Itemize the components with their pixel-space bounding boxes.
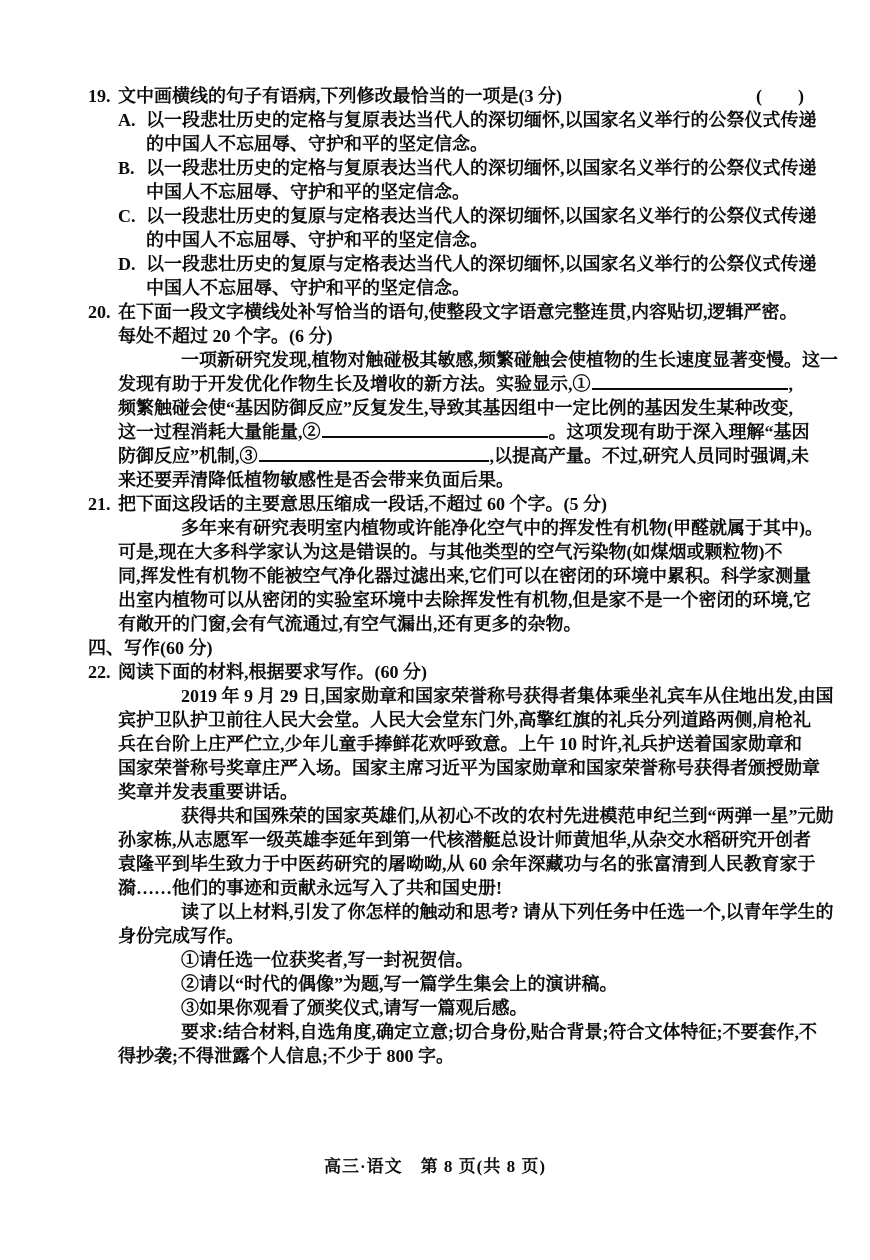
body-text: 频繁触碰会使“基因防御反应”反复发生,导致其基因组中一定比例的基因发生某种改变, (118, 398, 793, 418)
q20-number: 20. (88, 300, 118, 324)
option-text: 的中国人不忘屈辱、守护和平的坚定信念。 (146, 134, 488, 154)
body-text: 多年来有研究表明室内植物或许能净化空气中的挥发性有机物(甲醛就属于其中)。 (181, 518, 823, 538)
body-text: 这一过程消耗大量能量,② (118, 422, 321, 442)
fill-blank-3 (259, 445, 489, 462)
body-text: ,以提高产量。不过,研究人员同时强调,未 (490, 446, 810, 466)
section-writing-heading: 四、写作(60 分) (88, 636, 806, 660)
body-text: 。这项发现有助于深入理解“基因 (549, 422, 810, 442)
q20-body-line1: 一项新研究发现,植物对触碰极其敏感,频繁碰触会使植物的生长速度显著变慢。这一 (88, 348, 806, 372)
body-text: 防御反应”机制,③ (118, 446, 258, 466)
option-label-c: C. (118, 204, 146, 228)
q21-number: 21. (88, 492, 118, 516)
q20-body-line2: 发现有助于开发优化作物生长及增收的新方法。实验显示,①, (88, 372, 806, 396)
q21-body-line5: 有敞开的门窗,会有气流通过,有空气漏出,还有更多的杂物。 (88, 612, 806, 636)
q20-stem: 在下面一段文字横线处补写恰当的语句,使整段文字语意完整连贯,内容贴切,逻辑严密。 (118, 302, 798, 322)
q22-para3-line2: 身份完成写作。 (88, 924, 806, 948)
exam-paper-page: 19.文中画横线的句子有语病,下列修改最恰当的一项是(3 分) ( ) A.以一… (0, 0, 870, 1260)
option-text: 以一段悲壮历史的复原与定格表达当代人的深切缅怀,以国家名义举行的公祭仪式传递 (146, 206, 817, 226)
q19-option-d-line1: D.以一段悲壮历史的复原与定格表达当代人的深切缅怀,以国家名义举行的公祭仪式传递 (88, 252, 806, 276)
body-text: 同,挥发性有机物不能被空气净化器过滤出来,它们可以在密闭的环境中累积。科学家测量 (118, 566, 811, 586)
q19-option-c-line1: C.以一段悲壮历史的复原与定格表达当代人的深切缅怀,以国家名义举行的公祭仪式传递 (88, 204, 806, 228)
option-text: 中国人不忘屈辱、守护和平的坚定信念。 (146, 278, 470, 298)
footer-text: 高三·语文 第 8 页(共 8 页) (324, 1157, 546, 1176)
body-text: 宾护卫队护卫前往人民大会堂。人民大会堂东门外,高擎红旗的礼兵分列道路两侧,肩枪礼 (118, 710, 811, 730)
body-text: 袁隆平到毕生致力于中医药研究的屠呦呦,从 60 余年深藏功与名的张富清到人民教育… (118, 854, 816, 874)
page-footer: 高三·语文 第 8 页(共 8 页) (0, 1152, 870, 1177)
q21-body-line4: 出室内植物可以从密闭的实验室环境中去除挥发性有机物,但是家不是一个密闭的环境,它 (88, 588, 806, 612)
q21-body-line2: 可是,现在大多科学家认为这是错误的。与其他类型的空气污染物(如煤烟或颗粒物)不 (88, 540, 806, 564)
q22-task1-line: ①请任选一位获奖者,写一封祝贺信。 (88, 948, 806, 972)
q22-para2-line4: 漪……他们的事迹和贡献永远写入了共和国史册! (88, 876, 806, 900)
q21-body-line3: 同,挥发性有机物不能被空气净化器过滤出来,它们可以在密闭的环境中累积。科学家测量 (88, 564, 806, 588)
q22-para1-line4: 国家荣誉称号奖章庄严入场。国家主席习近平为国家勋章和国家荣誉称号获得者颁授勋章 (88, 756, 806, 780)
q19-option-c-line2: 的中国人不忘屈辱、守护和平的坚定信念。 (88, 228, 806, 252)
q20-body-line6: 来还要弄清降低植物敏感性是否会带来负面后果。 (88, 468, 806, 492)
q21-stem: 把下面这段话的主要意思压缩成一段话,不超过 60 个字。(5 分) (118, 494, 607, 514)
requirements-text: 得抄袭;不得泄露个人信息;不少于 800 字。 (118, 1046, 454, 1066)
q22-task3-line: ③如果你观看了颁奖仪式,请写一篇观后感。 (88, 996, 806, 1020)
option-label-b: B. (118, 156, 146, 180)
q19-stem: 文中画横线的句子有语病,下列修改最恰当的一项是(3 分) (118, 86, 562, 106)
q22-stem: 阅读下面的材料,根据要求写作。(60 分) (118, 662, 427, 682)
q22-para1-line2: 宾护卫队护卫前往人民大会堂。人民大会堂东门外,高擎红旗的礼兵分列道路两侧,肩枪礼 (88, 708, 806, 732)
body-text: 2019 年 9 月 29 日,国家勋章和国家荣誉称号获得者集体乘坐礼宾车从住地… (181, 686, 834, 706)
body-text: 有敞开的门窗,会有气流通过,有空气漏出,还有更多的杂物。 (118, 614, 582, 634)
q20-stem-line1: 20.在下面一段文字横线处补写恰当的语句,使整段文字语意完整连贯,内容贴切,逻辑… (88, 300, 806, 324)
q22-task2-line: ②请以“时代的偶像”为题,写一篇学生集会上的演讲稿。 (88, 972, 806, 996)
body-text: 奖章并发表重要讲话。 (118, 782, 298, 802)
body-text: 可是,现在大多科学家认为这是错误的。与其他类型的空气污染物(如煤烟或颗粒物)不 (118, 542, 783, 562)
exam-content: 19.文中画横线的句子有语病,下列修改最恰当的一项是(3 分) ( ) A.以一… (88, 84, 806, 1068)
task-text: ③如果你观看了颁奖仪式,请写一篇观后感。 (181, 998, 528, 1018)
q22-requirements-line2: 得抄袭;不得泄露个人信息;不少于 800 字。 (88, 1044, 806, 1068)
q22-para1-line5: 奖章并发表重要讲话。 (88, 780, 806, 804)
q22-para3-line1: 读了以上材料,引发了你怎样的触动和思考? 请从下列任务中任选一个,以青年学生的 (88, 900, 806, 924)
requirements-text: 要求:结合材料,自选角度,确定立意;切合身份,贴合背景;符合文体特征;不要套作,… (181, 1022, 817, 1042)
q22-para2-line1: 获得共和国殊荣的国家英雄们,从初心不改的农村先进模范申纪兰到“两弹一星”元勋 (88, 804, 806, 828)
section-heading-text: 四、写作(60 分) (88, 636, 213, 660)
option-text: 以一段悲壮历史的复原与定格表达当代人的深切缅怀,以国家名义举行的公祭仪式传递 (146, 254, 817, 274)
q19-option-a-line2: 的中国人不忘屈辱、守护和平的坚定信念。 (88, 132, 806, 156)
q20-body-line3: 频繁触碰会使“基因防御反应”反复发生,导致其基因组中一定比例的基因发生某种改变, (88, 396, 806, 420)
q19-option-b-line1: B.以一段悲壮历史的定格与复原表达当代人的深切缅怀,以国家名义举行的公祭仪式传递 (88, 156, 806, 180)
body-text: 兵在台阶上庄严伫立,少年儿童手捧鲜花欢呼致意。上午 10 时许,礼兵护送着国家勋… (118, 734, 802, 754)
body-text: 读了以上材料,引发了你怎样的触动和思考? 请从下列任务中任选一个,以青年学生的 (181, 902, 834, 922)
q21-body-line1: 多年来有研究表明室内植物或许能净化空气中的挥发性有机物(甲醛就属于其中)。 (88, 516, 806, 540)
q19-option-b-line2: 中国人不忘屈辱、守护和平的坚定信念。 (88, 180, 806, 204)
task-text: ①请任选一位获奖者,写一封祝贺信。 (181, 950, 474, 970)
body-text: 身份完成写作。 (118, 926, 244, 946)
q20-body-line5: 防御反应”机制,③,以提高产量。不过,研究人员同时强调,未 (88, 444, 806, 468)
body-text: 孙家栋,从志愿军一级英雄李延年到第一代核潜艇总设计师黄旭华,从杂交水稻研究开创者 (118, 830, 811, 850)
q22-stem-line: 22.阅读下面的材料,根据要求写作。(60 分) (88, 660, 806, 684)
q22-para2-line3: 袁隆平到毕生致力于中医药研究的屠呦呦,从 60 余年深藏功与名的张富清到人民教育… (88, 852, 806, 876)
q20-stem-line2: 每处不超过 20 个字。(6 分) (88, 324, 806, 348)
option-text: 中国人不忘屈辱、守护和平的坚定信念。 (146, 182, 470, 202)
body-text: 获得共和国殊荣的国家英雄们,从初心不改的农村先进模范申纪兰到“两弹一星”元勋 (181, 806, 834, 826)
q22-para1-line3: 兵在台阶上庄严伫立,少年儿童手捧鲜花欢呼致意。上午 10 时许,礼兵护送着国家勋… (88, 732, 806, 756)
body-text: 发现有助于开发优化作物生长及增收的新方法。实验显示,① (118, 374, 591, 394)
q19-number: 19. (88, 84, 118, 108)
q22-para2-line2: 孙家栋,从志愿军一级英雄李延年到第一代核潜艇总设计师黄旭华,从杂交水稻研究开创者 (88, 828, 806, 852)
option-text: 以一段悲壮历史的定格与复原表达当代人的深切缅怀,以国家名义举行的公祭仪式传递 (146, 158, 817, 178)
q21-stem-line: 21.把下面这段话的主要意思压缩成一段话,不超过 60 个字。(5 分) (88, 492, 806, 516)
option-text: 以一段悲壮历史的定格与复原表达当代人的深切缅怀,以国家名义举行的公祭仪式传递 (146, 110, 817, 130)
option-text: 的中国人不忘屈辱、守护和平的坚定信念。 (146, 230, 488, 250)
q22-para1-line1: 2019 年 9 月 29 日,国家勋章和国家荣誉称号获得者集体乘坐礼宾车从住地… (88, 684, 806, 708)
q20-stem-cont: 每处不超过 20 个字。(6 分) (118, 326, 333, 346)
q19-stem-line: 19.文中画横线的句子有语病,下列修改最恰当的一项是(3 分) ( ) (88, 84, 806, 108)
body-text: 来还要弄清降低植物敏感性是否会带来负面后果。 (118, 470, 514, 490)
body-text: 一项新研究发现,植物对触碰极其敏感,频繁碰触会使植物的生长速度显著变慢。这一 (181, 350, 838, 370)
option-label-a: A. (118, 108, 146, 132)
body-text: , (789, 374, 794, 394)
q22-number: 22. (88, 660, 118, 684)
q22-requirements-line1: 要求:结合材料,自选角度,确定立意;切合身份,贴合背景;符合文体特征;不要套作,… (88, 1020, 806, 1044)
q19-option-a-line1: A.以一段悲壮历史的定格与复原表达当代人的深切缅怀,以国家名义举行的公祭仪式传递 (88, 108, 806, 132)
fill-blank-2 (322, 421, 548, 438)
option-label-d: D. (118, 252, 146, 276)
body-text: 出室内植物可以从密闭的实验室环境中去除挥发性有机物,但是家不是一个密闭的环境,它 (118, 590, 811, 610)
body-text: 漪……他们的事迹和贡献永远写入了共和国史册! (118, 878, 502, 898)
q20-body-line4: 这一过程消耗大量能量,②。这项发现有助于深入理解“基因 (88, 420, 806, 444)
q19-option-d-line2: 中国人不忘屈辱、守护和平的坚定信念。 (88, 276, 806, 300)
task-text: ②请以“时代的偶像”为题,写一篇学生集会上的演讲稿。 (181, 974, 618, 994)
body-text: 国家荣誉称号奖章庄严入场。国家主席习近平为国家勋章和国家荣誉称号获得者颁授勋章 (118, 758, 820, 778)
q19-answer-bracket: ( ) (756, 84, 804, 108)
fill-blank-1 (592, 373, 788, 390)
